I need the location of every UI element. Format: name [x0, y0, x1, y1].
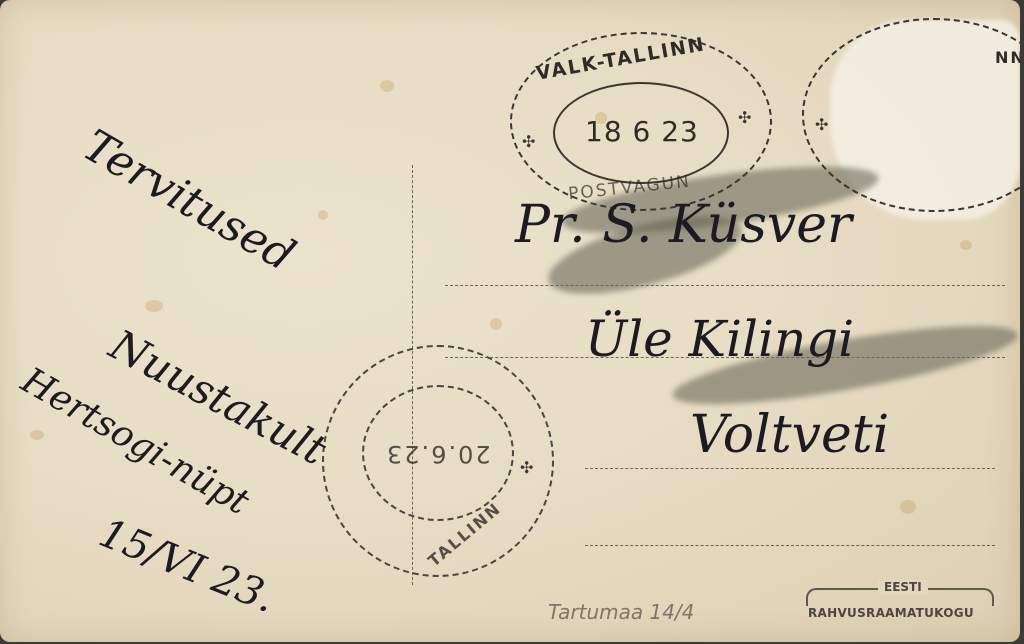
cross-ornament-icon: ✣	[520, 458, 533, 477]
foxing-spot	[490, 318, 502, 330]
postcard: VALK-TALLINN 18 6 23 POSTVAGUN ✣ ✣ NN ✣ …	[0, 0, 1020, 642]
postmark-round-date: 20.6.23	[385, 440, 491, 468]
address-line-2: Üle Kilingi	[585, 310, 854, 368]
foxing-spot	[380, 80, 394, 92]
pencil-note: Tartumaa 14/4	[548, 600, 694, 624]
foxing-spot	[900, 500, 916, 514]
address-recipient: Pr. S. Küsver	[515, 195, 852, 255]
postmark-partial-label: NN	[995, 48, 1020, 67]
address-line	[585, 545, 995, 546]
library-stamp-top: EESTI	[878, 580, 928, 594]
library-stamp-name: RAHVUSRAAMATUKOGU	[808, 606, 974, 620]
message-date: 15/VI 23.	[93, 510, 282, 622]
address-line	[445, 285, 1005, 286]
foxing-spot	[145, 300, 163, 312]
foxing-spot	[960, 240, 972, 250]
cross-ornament-icon: ✣	[738, 108, 751, 127]
address-line	[585, 468, 995, 469]
cross-ornament-icon: ✣	[522, 132, 535, 151]
foxing-spot	[30, 430, 44, 440]
postmark-date: 18 6 23	[585, 115, 699, 148]
message-line: Tervitused	[75, 120, 304, 282]
foxing-spot	[318, 210, 328, 220]
library-stamp: EESTI RAHVUSRAAMATUKOGU	[806, 580, 994, 628]
address-line-3: Voltveti	[690, 405, 889, 465]
cross-ornament-icon: ✣	[815, 115, 828, 134]
